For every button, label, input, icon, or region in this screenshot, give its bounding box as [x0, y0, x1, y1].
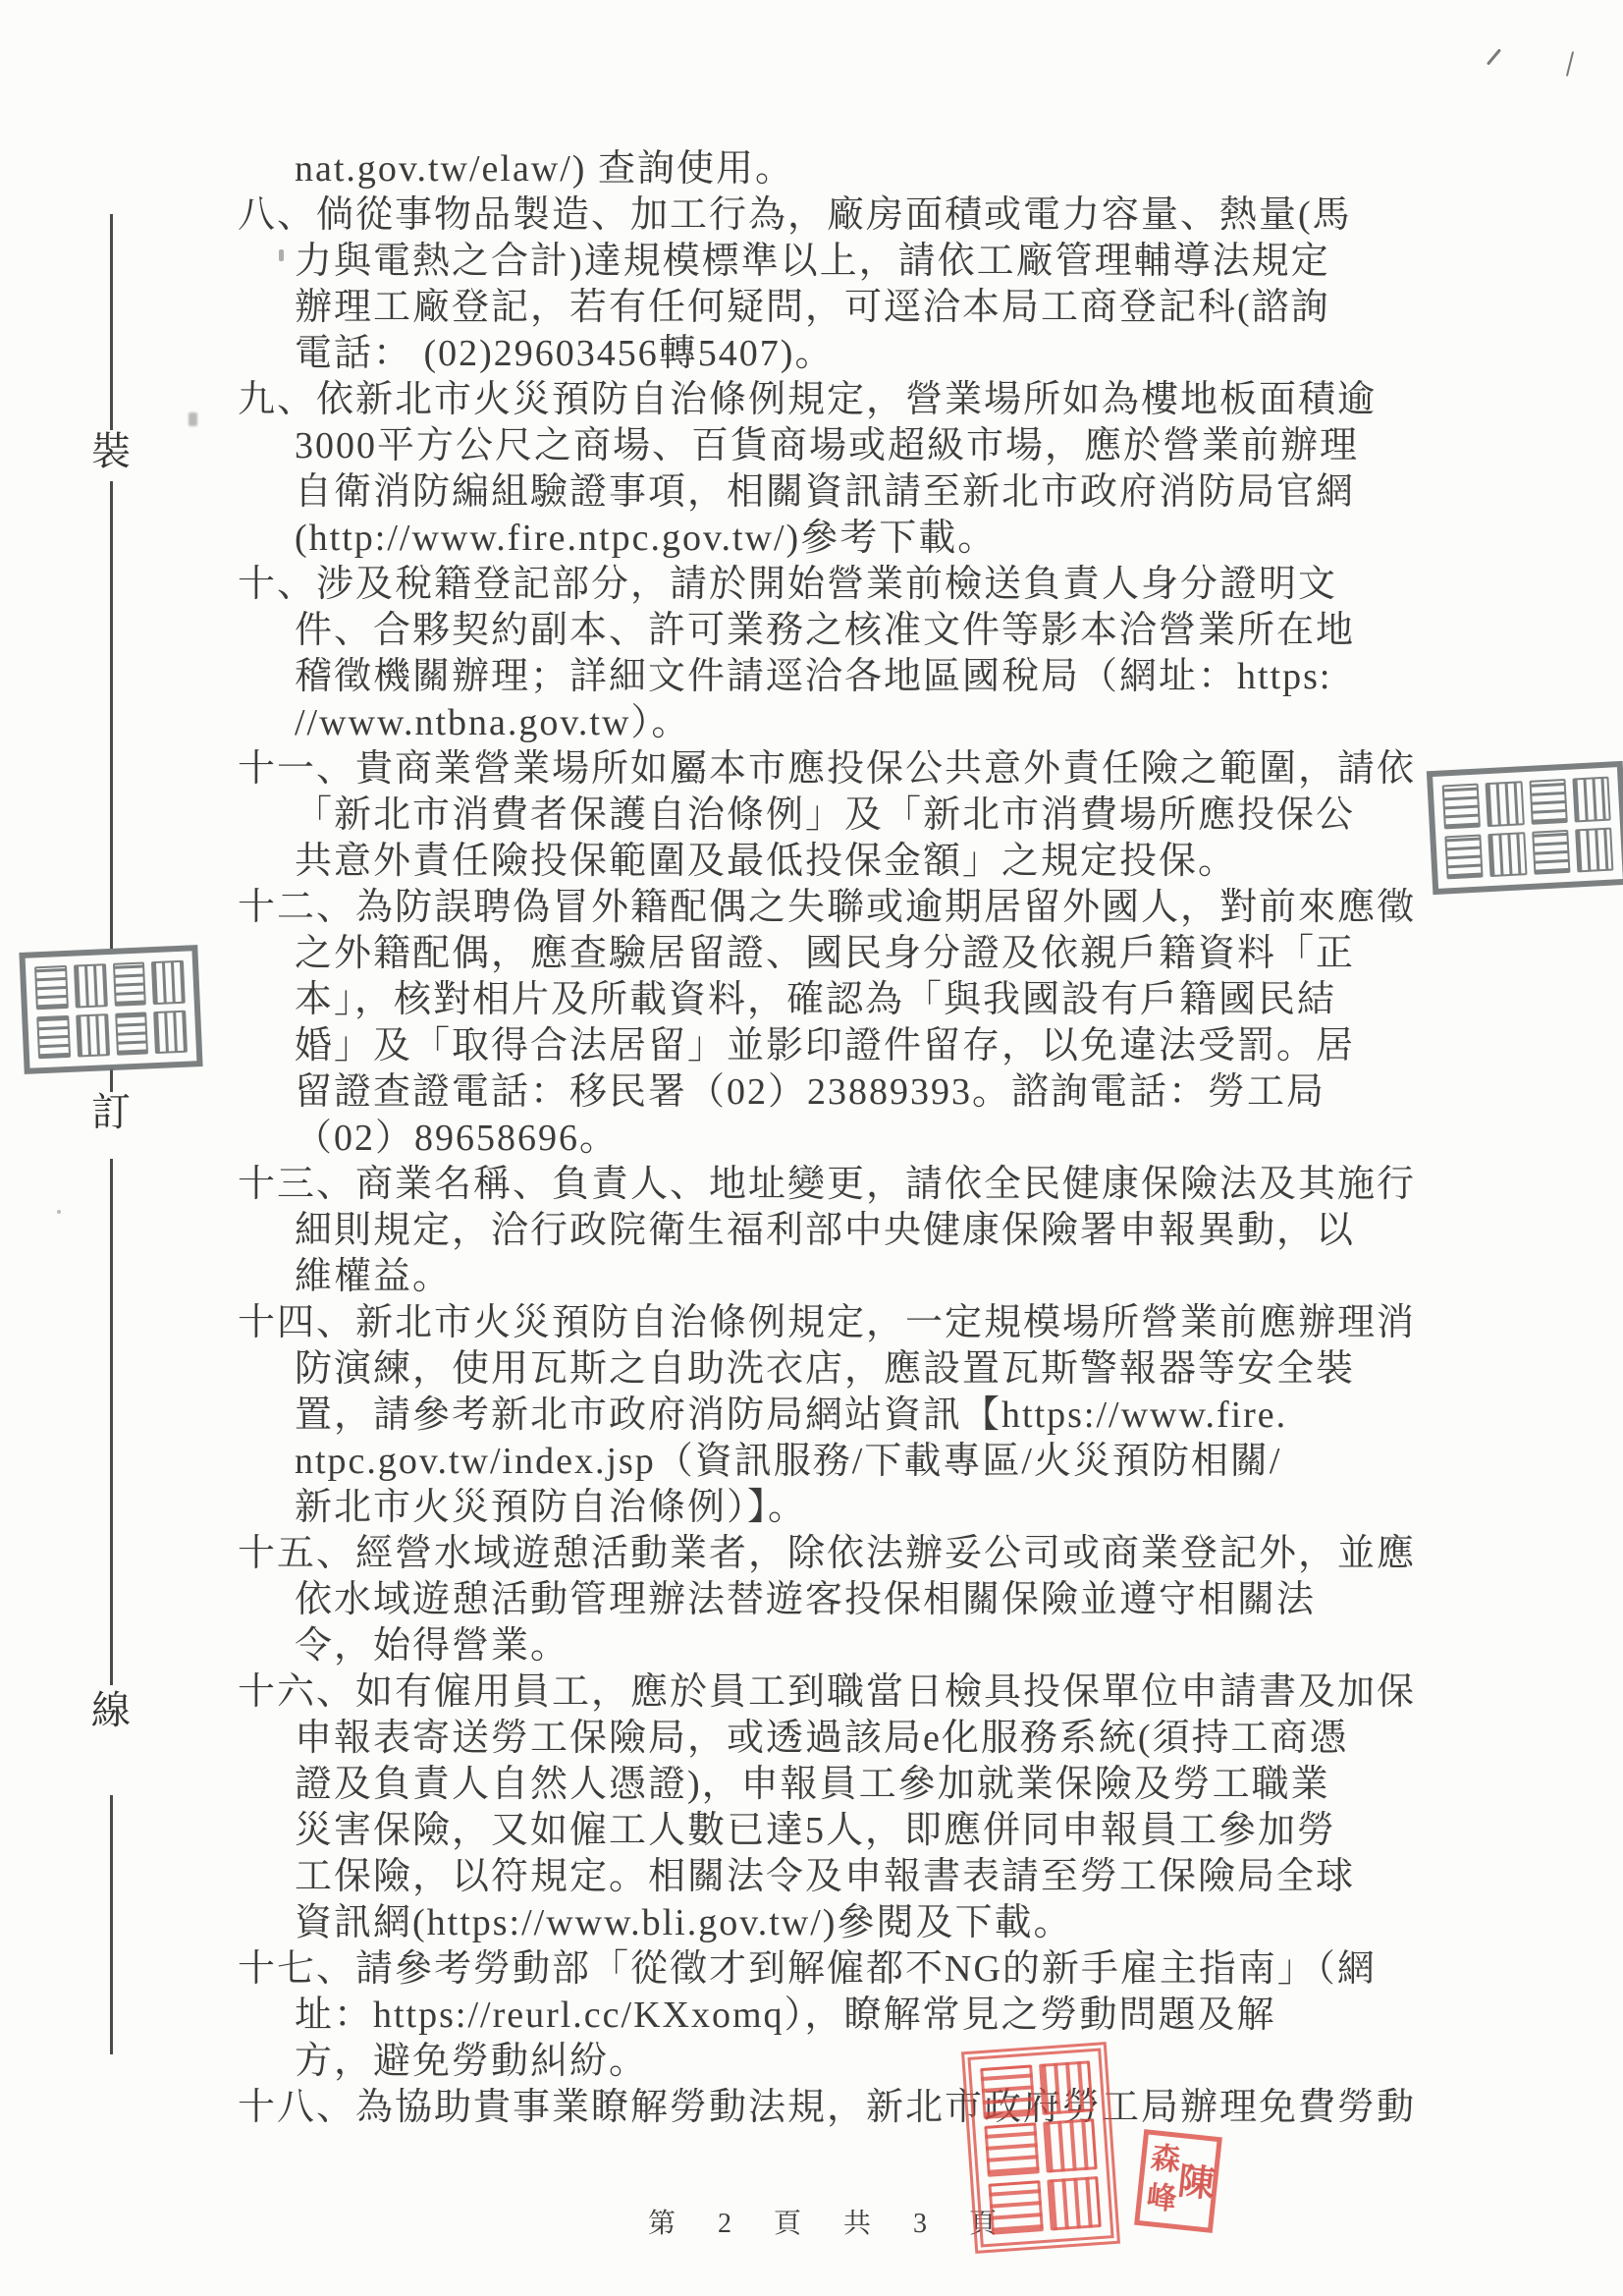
text-line: 十八、為協助貴事業瞭解勞動法規，新北市政府勞工局辦理免費勞動: [0, 2085, 1623, 2131]
text-line: 細則規定，洽行政院衛生福利部中央健康保險署申報異動，以: [0, 1208, 1623, 1254]
seal-glyph: [984, 2122, 1039, 2177]
text-line: 址：https://reurl.cc/KXxomq），瞭解常見之勞動問題及解: [0, 1993, 1623, 2039]
text-line: 九、依新北市火災預防自治條例規定，營業場所如為樓地板面積逾: [0, 377, 1623, 423]
scan-artifact: [1566, 51, 1574, 77]
official-red-seal-stamp: [961, 2042, 1120, 2254]
text-line: 資訊網(https://www.bli.gov.tw/)參閱及下載。: [0, 1900, 1623, 1946]
text-line: 證及負責人自然人憑證)，申報員工參加就業保險及勞工職業: [0, 1762, 1623, 1808]
text-line: (http://www.fire.ntpc.gov.tw/)參考下載。: [0, 516, 1623, 562]
text-line: 依水域遊憩活動管理辦法替遊客投保相關保險並遵守相關法: [0, 1577, 1623, 1623]
text-line: 3000平方公尺之商場、百貨商場或超級市場，應於營業前辦理: [0, 423, 1623, 469]
text-line: 力與電熱之合計)達規模標準以上，請依工廠管理輔導法規定: [0, 239, 1623, 285]
seal-glyph: [1047, 2176, 1102, 2231]
text-line: 十七、請參考勞動部「從徵才到解僱都不NG的新手雇主指南」（網: [0, 1946, 1623, 1993]
text-line: 稽徵機關辦理；詳細文件請逕洽各地區國稅局（網址：https:: [0, 654, 1623, 700]
text-line: 工保險，以符規定。相關法令及申報書表請至勞工保險局全球: [0, 1854, 1623, 1900]
text-line: 十一、貴商業營業場所如屬本市應投保公共意外責任險之範圍，請依: [0, 746, 1623, 793]
text-line: 「新北市消費者保護自治條例」及「新北市消費場所應投保公: [0, 793, 1623, 839]
scanned-document-page: 裝 訂 線 nat.gov.tw/elaw/) 查詢使用。八、倘從事物品製造、加…: [0, 0, 1623, 2296]
scan-artifact: [57, 1210, 61, 1214]
text-line: 十五、經營水域遊憩活動業者，除依法辦妥公司或商業登記外，並應: [0, 1531, 1623, 1577]
text-line: 共意外責任險投保範圍及最低投保金額」之規定投保。: [0, 839, 1623, 885]
text-line: （02）89658696。: [0, 1116, 1623, 1162]
name-seal-right-column: 陳: [1176, 2163, 1214, 2203]
text-line: 置，請參考新北市政府消防局網站資訊【https://www.fire.: [0, 1393, 1623, 1439]
text-line: 新北市火災預防自治條例）】。: [0, 1485, 1623, 1531]
text-line: 災害保險，又如僱工人數已達5人，即應併同申報員工參加勞: [0, 1808, 1623, 1854]
text-line: 維權益。: [0, 1254, 1623, 1300]
text-line: 件、合夥契約副本、許可業務之核准文件等影本洽營業所在地: [0, 608, 1623, 654]
text-line: //www.ntbna.gov.tw）。: [0, 700, 1623, 746]
text-line: 申報表寄送勞工保險局，或透過該局e化服務系統(須持工商憑: [0, 1716, 1623, 1762]
name-seal-stamp: 森峰 陳: [1134, 2129, 1222, 2233]
text-line: 令，始得營業。: [0, 1623, 1623, 1669]
page-number-footer: 第 2 頁 共 3 頁: [648, 2202, 1014, 2241]
seal-glyph: [1043, 2118, 1098, 2173]
text-line: ntpc.gov.tw/index.jsp（資訊服務/下載專區/火災預防相關/: [0, 1439, 1623, 1485]
text-line: 之外籍配偶，應查驗居留證、國民身分證及依親戶籍資料「正: [0, 931, 1623, 977]
seal-glyph: [988, 2180, 1043, 2235]
text-line: 十六、如有僱用員工，應於員工到職當日檢具投保單位申請書及加保: [0, 1669, 1623, 1716]
text-line: 本」，核對相片及所載資料，確認為「與我國設有戶籍國民結: [0, 977, 1623, 1023]
seal-glyph: [1039, 2060, 1094, 2115]
text-line: 十三、商業名稱、負責人、地址變更，請依全民健康保險法及其施行: [0, 1162, 1623, 1208]
text-line: 辦理工廠登記，若有任何疑問，可逕洽本局工商登記科(諮詢: [0, 285, 1623, 331]
scan-artifact: [189, 412, 197, 426]
name-seal-left-column: 森峰: [1145, 2139, 1182, 2221]
scan-artifact: [279, 249, 284, 261]
text-line: 十二、為防誤聘偽冒外籍配偶之失聯或逾期居留外國人，對前來應徵: [0, 885, 1623, 931]
text-line: nat.gov.tw/elaw/) 查詢使用。: [0, 146, 1623, 192]
text-line: 八、倘從事物品製造、加工行為，廠房面積或電力容量、熱量(馬: [0, 192, 1623, 239]
text-line: 十四、新北市火災預防自治條例規定，一定規模場所營業前應辦理消: [0, 1300, 1623, 1346]
text-line: 電話： (02)29603456轉5407)。: [0, 331, 1623, 377]
seal-glyph: [980, 2064, 1035, 2119]
text-line: 方，避免勞動糾紛。: [0, 2039, 1623, 2085]
scan-artifact: [1487, 48, 1501, 65]
text-line: 防演練，使用瓦斯之自助洗衣店，應設置瓦斯警報器等安全裝: [0, 1346, 1623, 1393]
text-line: 婚」及「取得合法居留」並影印證件留存，以免違法受罰。居: [0, 1023, 1623, 1069]
text-line: 十、涉及稅籍登記部分，請於開始營業前檢送負責人身分證明文: [0, 562, 1623, 608]
text-line: 留證查證電話：移民署（02）23889393。諮詢電話：勞工局: [0, 1069, 1623, 1116]
text-block: nat.gov.tw/elaw/) 查詢使用。八、倘從事物品製造、加工行為，廠房…: [0, 146, 1623, 2131]
text-line: 自衛消防編組驗證事項，相關資訊請至新北市政府消防局官網: [0, 469, 1623, 516]
